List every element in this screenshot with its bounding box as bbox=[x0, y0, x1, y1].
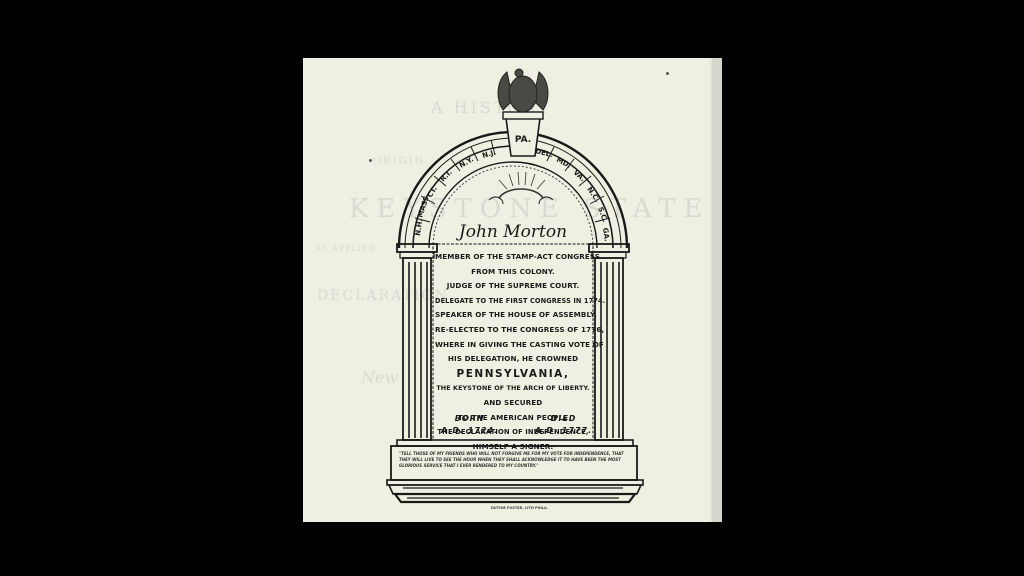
inscription-line: FROM THIS COLONY. bbox=[435, 265, 591, 280]
base-quote: "TELL THOSE OF MY FRIENDS WHO WILL NOT F… bbox=[399, 451, 629, 469]
inscription-line-pennsylvania: PENNSYLVANIA, bbox=[435, 367, 591, 382]
keystone-label: PA. bbox=[515, 135, 531, 145]
inscription-line: AND SECURED bbox=[435, 396, 591, 411]
svg-text:N.H.: N.H. bbox=[414, 218, 424, 236]
died-label: DIED bbox=[535, 413, 592, 425]
died-date: A.D. 1777. bbox=[535, 425, 592, 437]
lithographer-credit: DUTHIE FOSTER, LITH PHILA. bbox=[491, 506, 548, 510]
honoree-name: John Morton bbox=[433, 222, 593, 242]
book-page: A HISTORY ORIGIN KEYSTONE STATE AS APPLI… bbox=[303, 58, 722, 522]
svg-text:N.Y.: N.Y. bbox=[458, 155, 475, 169]
inscription-line: MEMBER OF THE STAMP-ACT CONGRESS bbox=[435, 250, 591, 265]
inscription-line: HIS DELEGATION, HE CROWNED bbox=[435, 352, 591, 367]
svg-text:S.C.: S.C. bbox=[596, 206, 609, 223]
died-block: DIED A.D. 1777. bbox=[535, 413, 592, 437]
svg-text:GA.: GA. bbox=[601, 227, 611, 242]
svg-text:N.C.: N.C. bbox=[585, 186, 601, 204]
inscription-line: DELEGATE TO THE FIRST CONGRESS IN 1774. bbox=[435, 294, 591, 309]
inscription-line: RE-ELECTED TO THE CONGRESS OF 1776, bbox=[435, 323, 591, 338]
born-block: BORN A.D. 1724. bbox=[441, 413, 498, 437]
inscription-line: WHERE IN GIVING THE CASTING VOTE OF bbox=[435, 338, 591, 353]
svg-text:CT.: CT. bbox=[426, 185, 439, 199]
inscription-line: JUDGE OF THE SUPREME COURT. bbox=[435, 279, 591, 294]
inscription-line: THE KEYSTONE OF THE ARCH OF LIBERTY. bbox=[435, 381, 591, 396]
inscription-line: SPEAKER OF THE HOUSE OF ASSEMBLY. bbox=[435, 308, 591, 323]
svg-text:DEL.: DEL. bbox=[535, 147, 554, 159]
born-date: A.D. 1724. bbox=[441, 425, 498, 437]
svg-text:R.I.: R.I. bbox=[439, 168, 454, 183]
svg-text:MD.: MD. bbox=[555, 156, 572, 170]
born-label: BORN bbox=[441, 413, 498, 425]
